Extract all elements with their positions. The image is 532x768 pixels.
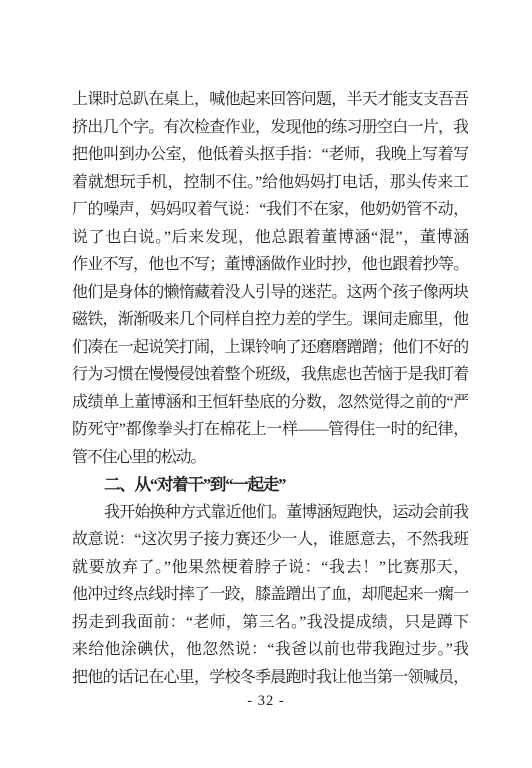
text-line: 把他的话记在心里，学校冬季晨跑时我让他当第一领喊员， [72, 664, 468, 692]
text-line: 我开始换种方式靠近他们。董博涵短跑快，运动会前我 [72, 499, 468, 527]
text-block: 上课时总趴在桌上，喊他起来回答问题，半天才能支支吾吾挤出几个字。有次检查作业，发… [72, 86, 468, 691]
section-heading: 二、从“对着干”到“一起走” [72, 471, 468, 499]
text-line: 他们是身体的懒惰藏着没人引导的迷茫。这两个孩子像两块 [72, 279, 468, 307]
text-line: 管不住心里的松动。 [72, 444, 468, 472]
text-line: 就要放弃了。”他果然梗着脖子说：“我去！”比赛那天， [72, 554, 468, 582]
text-line: 拐走到我面前：“老师，第三名。”我没提成绩，只是蹲下 [72, 609, 468, 637]
text-line: 们凑在一起说笑打闹，上课铃响了还磨磨蹭蹭；他们不好的 [72, 334, 468, 362]
page-number: - 32 - [0, 691, 532, 711]
text-line: 着就想玩手机，控制不住。”给他妈妈打电话，那头传来工 [72, 169, 468, 197]
text-line: 作业不写，他也不写；董博涵做作业时抄，他也跟着抄等。 [72, 251, 468, 279]
text-line: 来给他涂碘伏，他忽然说：“我爸以前也带我跑过步。”我 [72, 636, 468, 664]
text-line: 行为习惯在慢慢侵蚀着整个班级，我焦虑也苦恼于是我盯着 [72, 361, 468, 389]
text-line: 他冲过终点线时摔了一跤，膝盖蹭出了血，却爬起来一瘸一 [72, 581, 468, 609]
text-line: 厂的噪声，妈妈叹着气说：“我们不在家，他奶奶管不动， [72, 196, 468, 224]
text-line: 把他叫到办公室，他低着头抠手指：“老师，我晚上写着写 [72, 141, 468, 169]
text-line: 故意说：“这次男子接力赛还少一人，谁愿意去，不然我班 [72, 526, 468, 554]
document-page: 上课时总趴在桌上，喊他起来回答问题，半天才能支支吾吾挤出几个字。有次检查作业，发… [0, 0, 532, 768]
text-line: 上课时总趴在桌上，喊他起来回答问题，半天才能支支吾吾 [72, 86, 468, 114]
text-line: 说了也白说。”后来发现，他总跟着董博涵“混”，董博涵 [72, 224, 468, 252]
text-line: 磁铁，渐渐吸来几个同样自控力差的学生。课间走廊里，他 [72, 306, 468, 334]
text-line: 防死守”都像拳头打在棉花上一样——管得住一时的纪律， [72, 416, 468, 444]
text-line: 挤出几个字。有次检查作业，发现他的练习册空白一片，我 [72, 114, 468, 142]
text-line: 成绩单上董博涵和王恒轩垫底的分数，忽然觉得之前的“严 [72, 389, 468, 417]
